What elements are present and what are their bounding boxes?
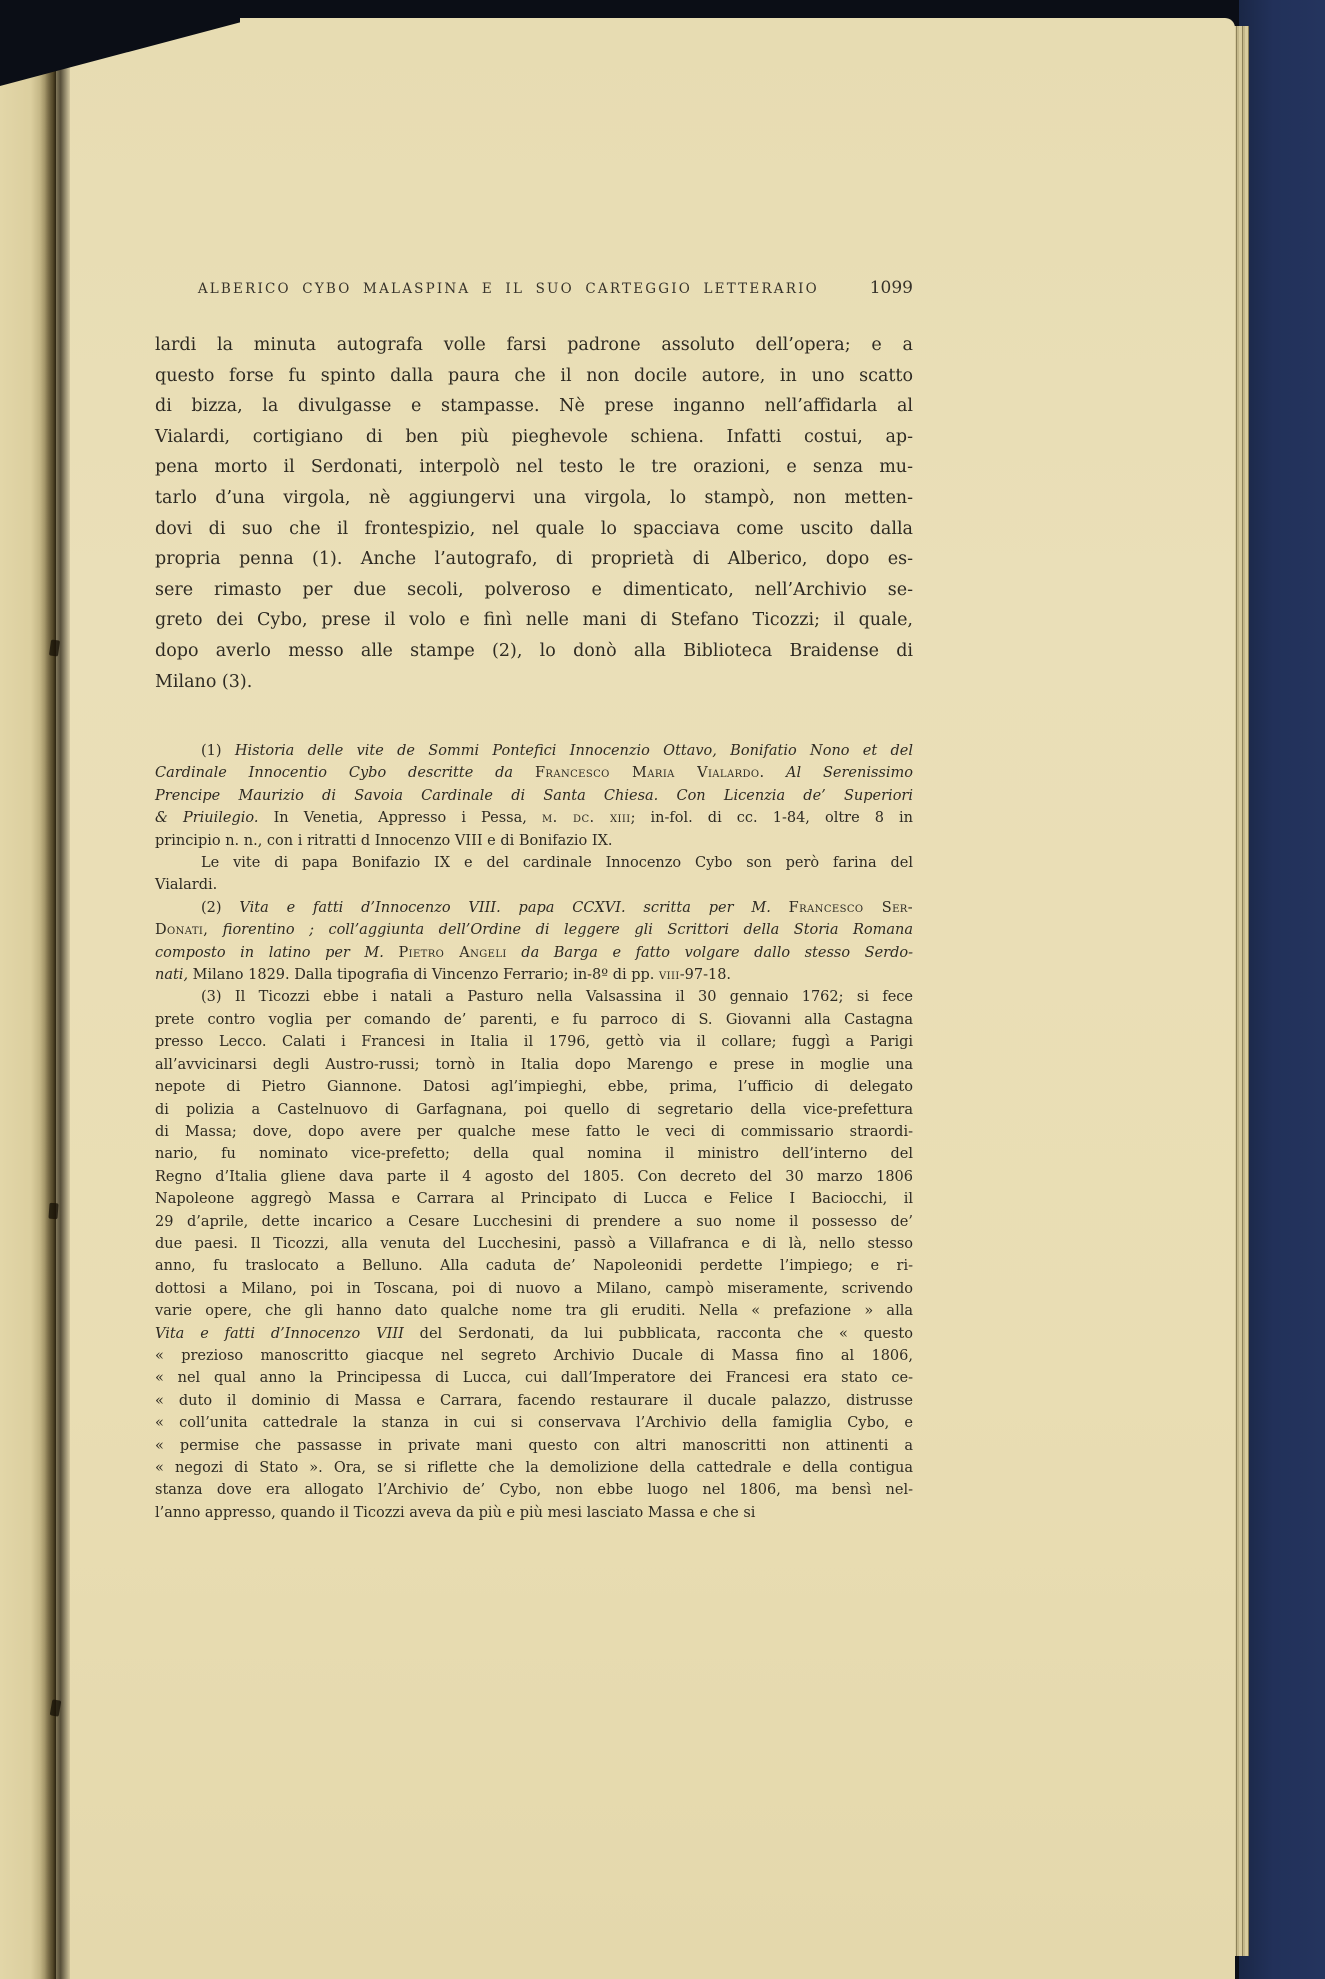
text-line: Napoleone aggregò Massa e Carrara al Pri…	[155, 1188, 913, 1210]
footnote-1: (1) Historia delle vite de Sommi Pontefi…	[155, 740, 913, 852]
text-line: « nel qual anno la Principessa di Lucca,…	[155, 1367, 913, 1389]
text-line: Cardinale Innocentio Cybo descritte da F…	[155, 762, 913, 784]
running-header: ALBERICO CYBO MALASPINA E IL SUO CARTEGG…	[155, 278, 913, 298]
text-line: nati, Milano 1829. Dalla tipografia di V…	[155, 964, 913, 986]
binding-mark	[48, 1203, 58, 1220]
text-line: anno, fu traslocato a Belluno. Alla cadu…	[155, 1255, 913, 1277]
text-line: presso Lecco. Calati i Francesi in Itali…	[155, 1031, 913, 1053]
text-line: (2) Vita e fatti d’Innocenzo VIII. papa …	[155, 897, 913, 919]
text-line: (1) Historia delle vite de Sommi Pontefi…	[155, 740, 913, 762]
text-line: dottosi a Milano, poi in Toscana, poi di…	[155, 1278, 913, 1300]
main-text: lardi la minuta autografa volle farsi pa…	[155, 330, 913, 697]
text-line: propria penna (1). Anche l’autografo, di…	[155, 544, 913, 575]
text-line: greto dei Cybo, prese il volo e finì nel…	[155, 605, 913, 636]
book-cover	[1239, 0, 1325, 1979]
text-line: « permise che passasse in private mani q…	[155, 1435, 913, 1457]
text-line: & Priuilegio. In Venetia, Appresso i Pes…	[155, 807, 913, 829]
text-line: dovi di suo che il frontespizio, nel qua…	[155, 514, 913, 545]
text-line: (3) Il Ticozzi ebbe i natali a Pasturo n…	[155, 986, 913, 1008]
text-line: Le vite di papa Bonifazio IX e del cardi…	[155, 852, 913, 874]
text-line: l’anno appresso, quando il Ticozzi aveva…	[155, 1502, 913, 1524]
text-line: stanza dove era allogato l’Archivio de’ …	[155, 1479, 913, 1501]
text-line: di Massa; dove, dopo avere per qualche m…	[155, 1121, 913, 1143]
text-line: principio n. n., con i ritratti d Innoce…	[155, 830, 913, 852]
text-line: « negozi di Stato ». Ora, se si riflette…	[155, 1457, 913, 1479]
page-edge-stack	[1233, 26, 1249, 1956]
book-scan: ALBERICO CYBO MALASPINA E IL SUO CARTEGG…	[0, 0, 1325, 1979]
text-line: Vialardi, cortigiano di ben più pieghevo…	[155, 422, 913, 453]
footnote-2: (2) Vita e fatti d’Innocenzo VIII. papa …	[155, 897, 913, 987]
footnote-1-remark: Le vite di papa Bonifazio IX e del cardi…	[155, 852, 913, 897]
text-line: varie opere, che gli hanno dato qualche …	[155, 1300, 913, 1322]
running-title: ALBERICO CYBO MALASPINA E IL SUO CARTEGG…	[155, 281, 862, 297]
text-line: prete contro voglia per comando de’ pare…	[155, 1009, 913, 1031]
text-line: tarlo d’una virgola, nè aggiungervi una …	[155, 483, 913, 514]
text-line: Milano (3).	[155, 667, 913, 698]
text-line: pena morto il Serdonati, interpolò nel t…	[155, 452, 913, 483]
text-line: Prencipe Maurizio di Savoia Cardinale di…	[155, 785, 913, 807]
text-line: questo forse fu spinto dalla paura che i…	[155, 361, 913, 392]
text-line: Vialardi.	[155, 874, 913, 896]
text-line: « duto il dominio di Massa e Carrara, fa…	[155, 1390, 913, 1412]
text-line: Regno d’Italia gliene dava parte il 4 ag…	[155, 1166, 913, 1188]
footnote-3: (3) Il Ticozzi ebbe i natali a Pasturo n…	[155, 986, 913, 1524]
footnotes: (1) Historia delle vite de Sommi Pontefi…	[155, 740, 913, 1524]
text-line: lardi la minuta autografa volle farsi pa…	[155, 330, 913, 361]
text-line: Donati, fiorentino ; coll’aggiunta dell’…	[155, 919, 913, 941]
text-line: composto in latino per M. Pietro Angeli …	[155, 942, 913, 964]
text-line: all’avvicinarsi degli Austro-russi; torn…	[155, 1054, 913, 1076]
text-line: nario, fu nominato vice-prefetto; della …	[155, 1143, 913, 1165]
text-line: « prezioso manoscritto giacque nel segre…	[155, 1345, 913, 1367]
text-line: Vita e fatti d’Innocenzo VIII del Serdon…	[155, 1323, 913, 1345]
text-line: dopo averlo messo alle stampe (2), lo do…	[155, 636, 913, 667]
text-line: due paesi. Il Ticozzi, alla venuta del L…	[155, 1233, 913, 1255]
page-number: 1099	[870, 278, 913, 298]
text-line: 29 d’aprile, dette incarico a Cesare Luc…	[155, 1211, 913, 1233]
text-line: di bizza, la divulgasse e stampasse. Nè …	[155, 391, 913, 422]
text-line: « coll’unita cattedrale la stanza in cui…	[155, 1412, 913, 1434]
gutter-shadow	[40, 18, 70, 1979]
text-line: nepote di Pietro Giannone. Datosi agl’im…	[155, 1076, 913, 1098]
text-line: sere rimasto per due secoli, polveroso e…	[155, 575, 913, 606]
text-line: di polizia a Castelnuovo di Garfagnana, …	[155, 1099, 913, 1121]
